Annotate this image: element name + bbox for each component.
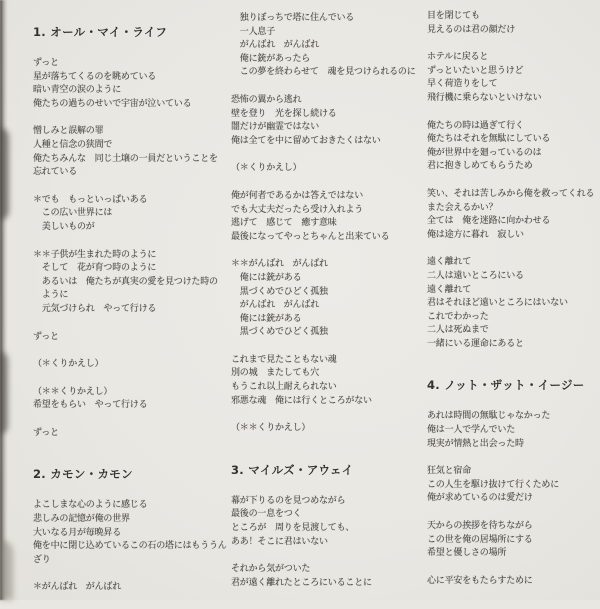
lyric-line: 笑い、それは苦しみから俺を救ってくれる (427, 188, 597, 202)
lyric-line: 俺が求めているのは愛だけ (427, 492, 597, 506)
lyric-line: 希望をもらい やって行ける (33, 399, 229, 413)
lyric-line: 俺が世界中を廻っているのは (427, 147, 597, 161)
lyric-line: 大いなる月が毎晩昇る (33, 527, 229, 541)
lyric-line: 君に抱きしめてもらうため (427, 160, 597, 174)
lyric-line: これでわかった (427, 311, 597, 325)
lyric-line: （＊くりかえし） (33, 358, 229, 372)
lyric-line: 俺たちみんな 同じ土壌の一員だということを (33, 153, 229, 167)
lyric-line: ざり (33, 554, 229, 568)
song-title: 1. オール・マイ・ライフ (33, 24, 229, 40)
lyric-line: ずっと (33, 331, 229, 345)
lyric-line: ずっと (33, 427, 229, 441)
lyric-line: 俺が何者であるかは答えではない (231, 190, 423, 204)
lyric-line: 君はそれほど遠いところにはいない (427, 297, 597, 311)
lyric-line: 憎しみと誤解の罪 (33, 125, 229, 139)
lyric-line: 俺には銃がある (231, 313, 423, 327)
stanza: 独りぼっちで塔に住んでいる 一人息子 がんばれ がんばれ 俺に銃があったら この… (231, 12, 423, 80)
lyric-line: 天からの挨拶を待ちながら (427, 520, 597, 534)
page-edge-shadow (0, 0, 8, 600)
lyric-line: （＊＊くりかえし） (231, 422, 423, 436)
lyric-line: 最後になってやっとちゃんと出来ている (231, 231, 423, 245)
lyric-line: 俺には銃がある (231, 272, 423, 286)
lyric-line: 独りぼっちで塔に住んでいる (231, 12, 423, 26)
stanza: （＊＊くりかえし） (231, 422, 423, 436)
lyric-line: ＊でも もっといっぱいある (33, 194, 229, 208)
stanza: よこしまな心のように感じる悲しみの記憶が俺の世界大いなる月が毎晩昇る俺を中に閉じ… (33, 499, 229, 567)
stanza: 天からの挨拶を待ちながらこの世を俺の居場所にする希望と優しさの場所 (427, 520, 597, 561)
lyric-line: 最後の一息をつく (231, 508, 423, 522)
page-edge-blotch-upper (0, 128, 9, 220)
page-edge-blotch-mid (0, 352, 8, 434)
lyric-line: 全ては 俺を迷路に向かわせる (427, 215, 597, 229)
lyric-line: ところが 周りを見渡しても、 (231, 522, 423, 536)
stanza: 恐怖の翼から逃れ壁を登り 光を探し続ける闇だけが幽霊ではない俺は全てを中に留めて… (231, 94, 423, 148)
lyric-line: 星が落ちてくるのを眺めている (33, 71, 229, 85)
stanza: 目を閉じても見えるのは君の顔だけ (427, 10, 597, 37)
lyric-line: これまで見たこともない魂 (231, 354, 423, 368)
lyric-line: この人生を駆け抜けて行くために (427, 479, 597, 493)
stanza: 幕が下りるのを見つめながら最後の一息をつくところが 周りを見渡しても、ああ！そこ… (231, 495, 423, 549)
lyric-line: この夢を終わらせて 魂を見つけられるのに (231, 66, 423, 80)
lyric-line: 現実が情熱と出会った時 (427, 438, 597, 452)
lyric-line: 俺は途方に暮れ 寂しい (427, 229, 597, 243)
lyric-line: あれは時間の無駄じゃなかった (427, 410, 597, 424)
lyric-line: 俺たちはそれを無駄にしている (427, 133, 597, 147)
lyric-line: この広い世界には (33, 207, 229, 221)
stanza: 俺たちの時は過ぎて行く俺たちはそれを無駄にしている俺が世界中を廻っているのは君に… (427, 120, 597, 174)
lyric-line: 俺を中に閉じ込めているこの石の塔にはもううん (33, 540, 229, 554)
stanza: 遠く離れて二人は遠いところにいる遠く離れて君はそれほど遠いところにはいないこれで… (427, 256, 597, 351)
stanza: それから気がついた君が遠く離れたところにいることに (231, 563, 423, 590)
lyric-line: 一人息子 (231, 26, 423, 40)
stanza: 俺が何者であるかは答えではないでも大丈夫だったら受け入れよう逃げて 感じて 癒す… (231, 190, 423, 244)
lyric-line: 別の城 またしても穴 (231, 367, 423, 381)
lyric-line: 暗い青空の涙のように (33, 84, 229, 98)
stanza: ＊＊がんばれ がんばれ 俺には銃がある 黒づくめでひどく孤独 がんばれ がんばれ… (231, 258, 423, 340)
lyric-line: ずっと (33, 57, 229, 71)
lyric-line: 狂気と宿命 (427, 465, 597, 479)
lyric-line: ＊＊がんばれ がんばれ (231, 258, 423, 272)
stanza: （＊くりかえし） (231, 162, 423, 176)
lyric-line: 人種と信念の狭間で (33, 139, 229, 153)
lyric-line: 幕が下りるのを見つめながら (231, 495, 423, 509)
lyric-line: それから気がついた (231, 563, 423, 577)
stanza: （＊＊くりかえし）希望をもらい やって行ける (33, 386, 229, 413)
lyric-line: 闇だけが幽霊ではない (231, 121, 423, 135)
lyric-line: 遠く離れて (427, 256, 597, 270)
stanza: 憎しみと誤解の罪人種と信念の狭間で俺たちみんな 同じ土壌の一員だということを忘れ… (33, 125, 229, 179)
lyric-line: 見えるのは君の顔だけ (427, 24, 597, 38)
stanza: 狂気と宿命この人生を駆け抜けて行くために俺が求めているのは愛だけ (427, 465, 597, 506)
song-title: 3. マイルズ・アウェイ (231, 462, 423, 478)
lyric-line: 目を閉じても (427, 10, 597, 24)
lyric-line: そして 花が育つ時のように (33, 262, 229, 276)
lyric-line: 悲しみの記憶が俺の世界 (33, 513, 229, 527)
lyric-line: 忘れている (33, 166, 229, 180)
lyric-line: ホテルに戻ると (427, 51, 597, 65)
lyric-line: ああ！そこに君はいない (231, 536, 423, 550)
lyric-line: 黒づくめでひどく孤独 (231, 286, 423, 300)
lyric-line: がんばれ がんばれ (231, 299, 423, 313)
page-edge-blotch-bottom (0, 540, 13, 600)
lyric-line: がんばれ がんばれ (231, 39, 423, 53)
lyric-line: 君が遠く離れたところにいることに (231, 577, 423, 591)
lyric-line: 俺に銃があったら (231, 53, 423, 67)
lyrics-column-1: 1. オール・マイ・ライフずっと星が落ちてくるのを眺めている暗い青空の涙のように… (33, 22, 229, 600)
lyric-line: ＊＊子供が生まれた時のように (33, 249, 229, 263)
stanza: あれは時間の無駄じゃなかった俺は一人で学んでいた現実が情熱と出会った時 (427, 410, 597, 451)
lyric-line: 俺たちの時は過ぎて行く (427, 120, 597, 134)
lyric-line: （＊＊くりかえし） (33, 386, 229, 400)
lyric-line: 心に平安をもたらすために (427, 575, 597, 589)
lyric-line: 希望と優しさの場所 (427, 547, 597, 561)
stanza: ずっと星が落ちてくるのを眺めている暗い青空の涙のように俺たちの過ちのせいで宇宙が… (33, 57, 229, 111)
stanza: （＊くりかえし） (33, 358, 229, 372)
stanza: ホテルに戻るとずっといたいと思うけど早く荷造りをして飛行機に乗らないといけない (427, 51, 597, 105)
stanza: 笑い、それは苦しみから俺を救ってくれるまた会えるかい？全ては 俺を迷路に向かわせ… (427, 188, 597, 242)
lyric-line: （＊くりかえし） (231, 162, 423, 176)
stanza: ずっと (33, 427, 229, 441)
lyric-line: 早く荷造りをして (427, 78, 597, 92)
lyric-line: ずっといたいと思うけど (427, 65, 597, 79)
booklet-page: 1. オール・マイ・ライフずっと星が落ちてくるのを眺めている暗い青空の涙のように… (0, 0, 600, 600)
stanza: ずっと (33, 331, 229, 345)
stanza: 心に平安をもたらすために (427, 575, 597, 589)
lyric-line: よこしまな心のように感じる (33, 499, 229, 513)
lyrics-column-2: 独りぼっちで塔に住んでいる 一人息子 がんばれ がんばれ 俺に銃があったら この… (231, 12, 423, 600)
stanza: ＊がんばれ がんばれ (33, 581, 229, 595)
song-title: 4. ノット・ザット・イージー (427, 377, 597, 393)
lyric-line: もうこれ以上耐えられない (231, 381, 423, 395)
lyric-line: 二人は遠いところにいる (427, 270, 597, 284)
lyric-line: 恐怖の翼から逃れ (231, 94, 423, 108)
lyric-line: あるいは 俺たちが真実の愛を見つけた時の (33, 276, 229, 290)
lyric-line: また会えるかい？ (427, 202, 597, 216)
stanza: ＊＊子供が生まれた時のように そして 花が育つ時のように あるいは 俺たちが真実… (33, 249, 229, 317)
lyric-line: 邪悪な魂 俺には行くところがない (231, 395, 423, 409)
lyric-line: 黒づくめでひどく孤独 (231, 326, 423, 340)
lyric-line: ＊がんばれ がんばれ (33, 581, 229, 595)
stanza: これまで見たこともない魂別の城 またしても穴もうこれ以上耐えられない邪悪な魂 俺… (231, 354, 423, 408)
lyric-line: 俺は一人で学んでいた (427, 424, 597, 438)
lyric-line: 俺は全てを中に留めておきたくはない (231, 135, 423, 149)
lyric-line: 美しいものが (33, 221, 229, 235)
stanza: ＊でも もっといっぱいある この広い世界には 美しいものが (33, 194, 229, 235)
lyric-line: 逃げて 感じて 癒す意味 (231, 217, 423, 231)
lyric-line: この世を俺の居場所にする (427, 534, 597, 548)
lyric-line: 壁を登り 光を探し続ける (231, 108, 423, 122)
lyric-line: ように (33, 289, 229, 303)
lyric-line: でも大丈夫だったら受け入れよう (231, 204, 423, 218)
lyrics-column-3: 目を閉じても見えるのは君の顔だけホテルに戻るとずっといたいと思うけど早く荷造りを… (427, 10, 597, 600)
lyric-line: 飛行機に乗らないといけない (427, 92, 597, 106)
lyric-line: 遠く離れて (427, 284, 597, 298)
lyric-line: 元気づけられ やって行ける (33, 303, 229, 317)
lyric-line: 俺たちの過ちのせいで宇宙が泣いている (33, 98, 229, 112)
lyric-line: 二人は死ぬまで (427, 324, 597, 338)
lyric-line: 一緒にいる運命にあると (427, 338, 597, 352)
song-title: 2. カモン・カモン (33, 466, 229, 482)
